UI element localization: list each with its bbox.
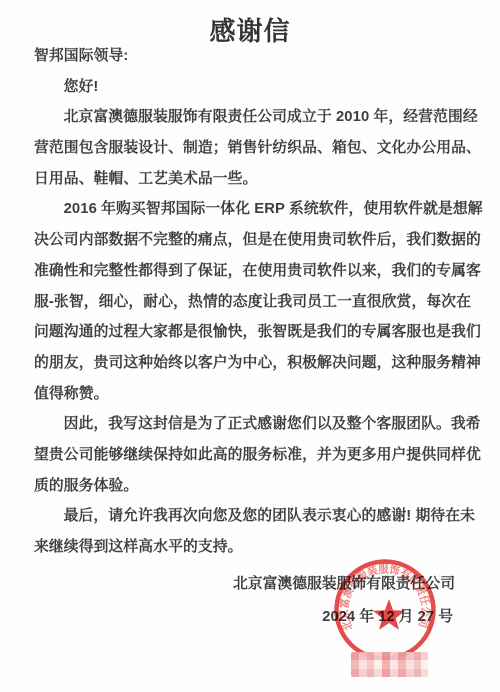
body-line: 来继续得到这样高水平的支持。 [34, 532, 481, 563]
body-line: 质的服务体验。 [34, 471, 481, 502]
body-line: 的朋友，贵司这种始终以客户为中心，积极解决问题，这种服务精神 [34, 348, 481, 379]
signature-date: 2024 年 12 月 27 号 [322, 605, 453, 626]
letter-body: 智邦国际领导:您好!北京富澳德服装服饰有限责任公司成立于 2010 年，经营范围… [34, 41, 481, 563]
body-line: 决公司内部数据不完整的痛点，但是在使用贵司软件后，我们数据的 [34, 225, 481, 256]
body-line: 北京富澳德服装服饰有限责任公司成立于 2010 年，经营范围经 [34, 102, 481, 133]
body-line: 日用品、鞋帽、工艺美术品一些。 [34, 164, 481, 195]
signature-company: 北京富澳德服装服饰有限责任公司 [233, 572, 455, 593]
body-line: 最后，请允许我再次向您及您的团队表示衷心的感谢! 期待在未 [34, 501, 481, 532]
body-line: 望贵公司能够继续保持如此高的服务标准，并为更多用户提供同样优 [34, 440, 481, 471]
seal-redaction-mosaic [351, 652, 428, 677]
body-line: 智邦国际领导: [34, 41, 481, 72]
body-line: 准确性和完整性都得到了保证，在使用贵司软件以来，我们的专属客 [34, 256, 481, 287]
letter-page: 感谢信 智邦国际领导:您好!北京富澳德服装服饰有限责任公司成立于 2010 年，… [0, 0, 500, 692]
body-line: 服-张智，细心，耐心，热情的态度让我司员工一直很欣赏，每次在 [34, 287, 481, 318]
body-line: 2016 年购买智邦国际一体化 ERP 系统软件，使用软件就是想解 [34, 194, 481, 225]
body-line: 问题沟通的过程大家都是很愉快，张智既是我们的专属客服也是我们 [34, 317, 481, 348]
body-line: 营范围包含服装设计、制造；销售针纺织品、箱包、文化办公用品、 [34, 133, 481, 164]
body-line: 您好! [34, 72, 481, 103]
body-line: 因此，我写这封信是为了正式感谢您们以及整个客服团队。我希 [34, 409, 481, 440]
body-line: 值得称赞。 [34, 379, 481, 410]
